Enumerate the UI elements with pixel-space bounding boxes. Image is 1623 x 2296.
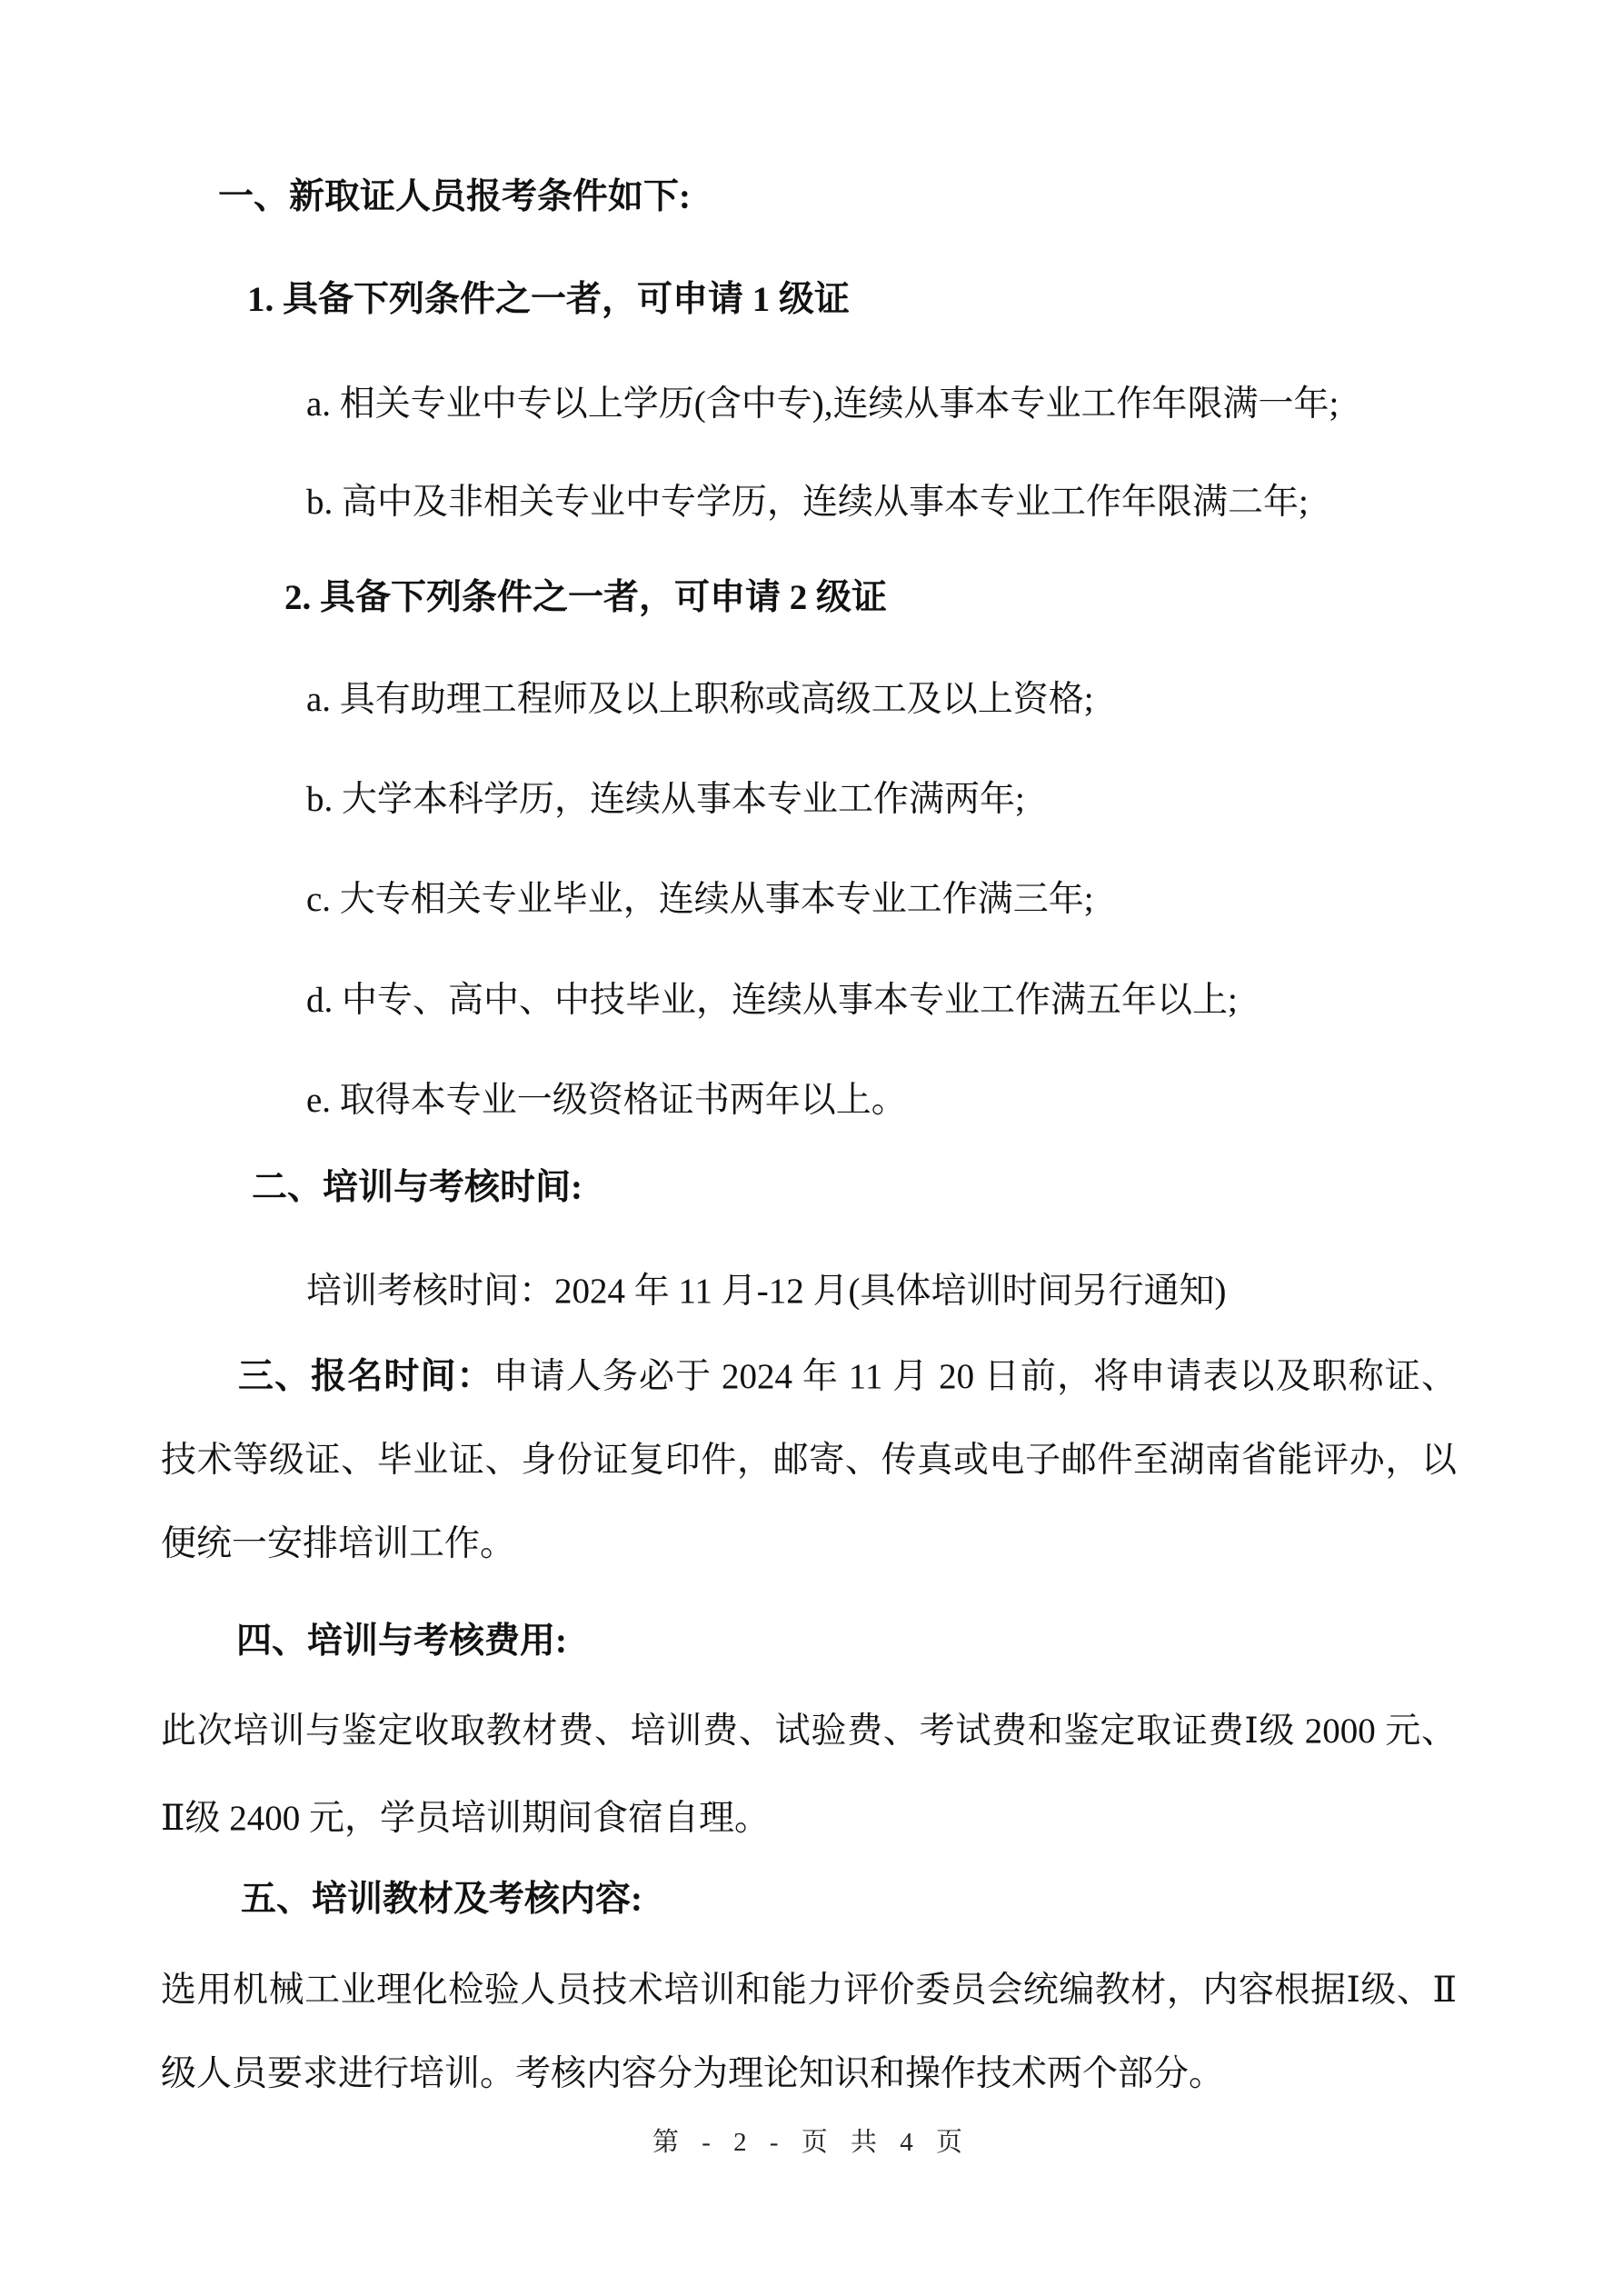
section1-heading: 一、新取证人员报考条件如下:: [161, 175, 1518, 220]
section5-body: 选用机械工业理化检验人员技术培训和能力评价委员会统编教材，内容根据Ⅰ级、Ⅱ级人员…: [161, 1949, 1457, 2116]
list-item: a. 具有助理工程师及以上职称或高级工及以上资格;: [161, 677, 1606, 723]
list-item: e. 取得本专业一级资格证书两年以上。: [161, 1078, 1606, 1123]
section1-sub2-heading: 2. 具备下列条件之一者，可申请 2 级证: [161, 575, 1584, 621]
section5-heading: 五、培训教材及考核内容:: [161, 1877, 1540, 1922]
list-item: b. 高中及非相关专业中专学历，连续从事本专业工作年限满二年;: [161, 480, 1606, 525]
section1-sub1-heading: 1. 具备下列条件之一者，可申请 1 级证: [161, 277, 1547, 323]
list-item: d. 中专、高中、中技毕业，连续从事本专业工作满五年以上;: [161, 978, 1606, 1023]
page-number-footer: 第 - 2 - 页 共 4 页: [0, 2121, 1623, 2159]
section2-heading: 二、培训与考核时间:: [161, 1165, 1551, 1211]
section4-body: 此次培训与鉴定收取教材费、培训费、试验费、考试费和鉴定取证费Ⅰ级 2000 元、…: [161, 1688, 1457, 1862]
list-item: a. 相关专业中专以上学历(含中专),连续从事本专业工作年限满一年;: [161, 382, 1606, 427]
section3-heading: 三、报名时间：: [238, 1357, 493, 1396]
section3-paragraph: 三、报名时间：申请人务必于 2024 年 11 月 20 日前，将申请表以及职称…: [161, 1335, 1457, 1586]
section2-body: 培训考核时间：2024 年 11 月-12 月(具体培训时间另行通知): [161, 1269, 1606, 1314]
list-item: c. 大专相关专业毕业，连续从事本专业工作满三年;: [161, 877, 1606, 923]
document-page: 一、新取证人员报考条件如下: 1. 具备下列条件之一者，可申请 1 级证 a. …: [0, 0, 1623, 2296]
section4-heading: 四、培训与考核费用:: [161, 1619, 1536, 1664]
list-item: b. 大学本科学历，连续从事本专业工作满两年;: [161, 777, 1606, 823]
